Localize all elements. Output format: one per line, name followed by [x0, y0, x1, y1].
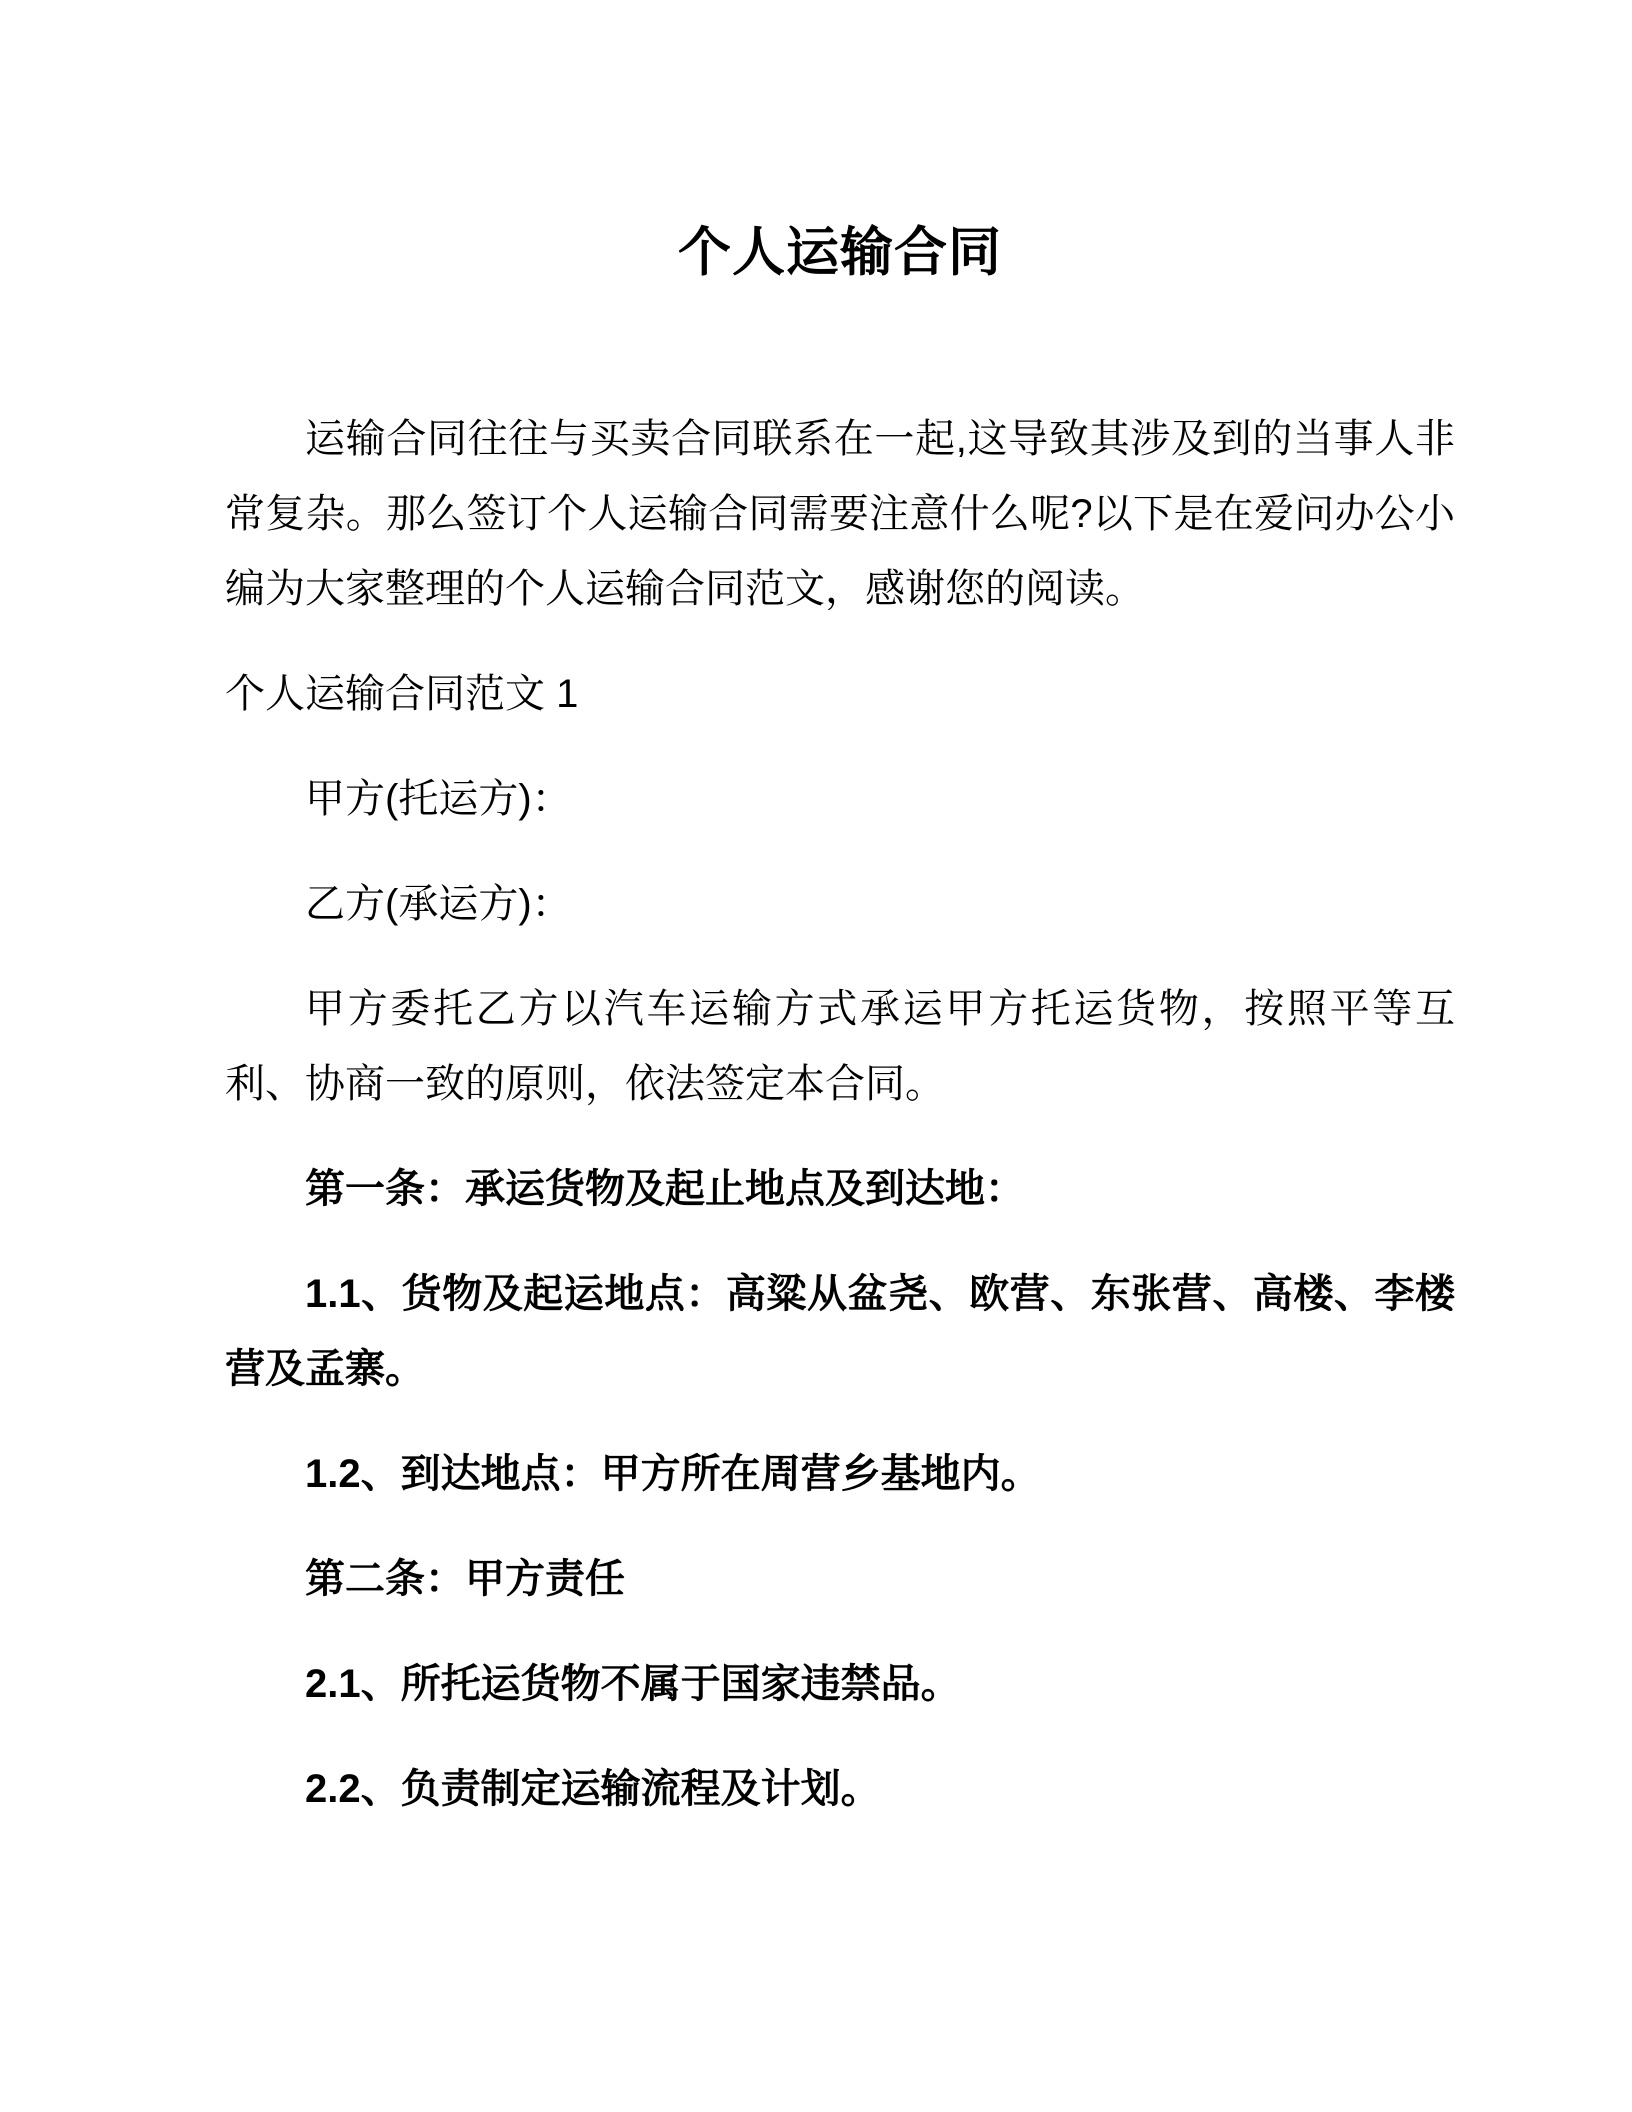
intro-paragraph: 运输合同往往与买卖合同联系在一起,这导致其涉及到的当事人非常复杂。那么签订个人运… — [225, 402, 1455, 627]
clause-2-2: 2.2、负责制定运输流程及计划。 — [225, 1752, 1455, 1827]
clause-2-heading: 第二条：甲方责任 — [225, 1542, 1455, 1617]
clause-1-heading: 第一条：承运货物及起止地点及到达地： — [225, 1152, 1455, 1227]
document-title: 个人运输合同 — [225, 222, 1455, 284]
sample-heading: 个人运输合同范文 1 — [225, 657, 1455, 732]
document-page: 个人运输合同 运输合同往往与买卖合同联系在一起,这导致其涉及到的当事人非常复杂。… — [0, 0, 1632, 2112]
preamble-paragraph: 甲方委托乙方以汽车运输方式承运甲方托运货物，按照平等互利、协商一致的原则，依法签… — [225, 972, 1455, 1122]
clause-2-1: 2.1、所托运货物不属于国家违禁品。 — [225, 1647, 1455, 1722]
party-a-line: 甲方(托运方)： — [225, 762, 1455, 837]
clause-1-1: 1.1、货物及起运地点：高粱从盆尧、欧营、东张营、高楼、李楼营及孟寨。 — [225, 1257, 1455, 1407]
clause-1-2: 1.2、到达地点：甲方所在周营乡基地内。 — [225, 1437, 1455, 1512]
party-b-line: 乙方(承运方)： — [225, 867, 1455, 942]
